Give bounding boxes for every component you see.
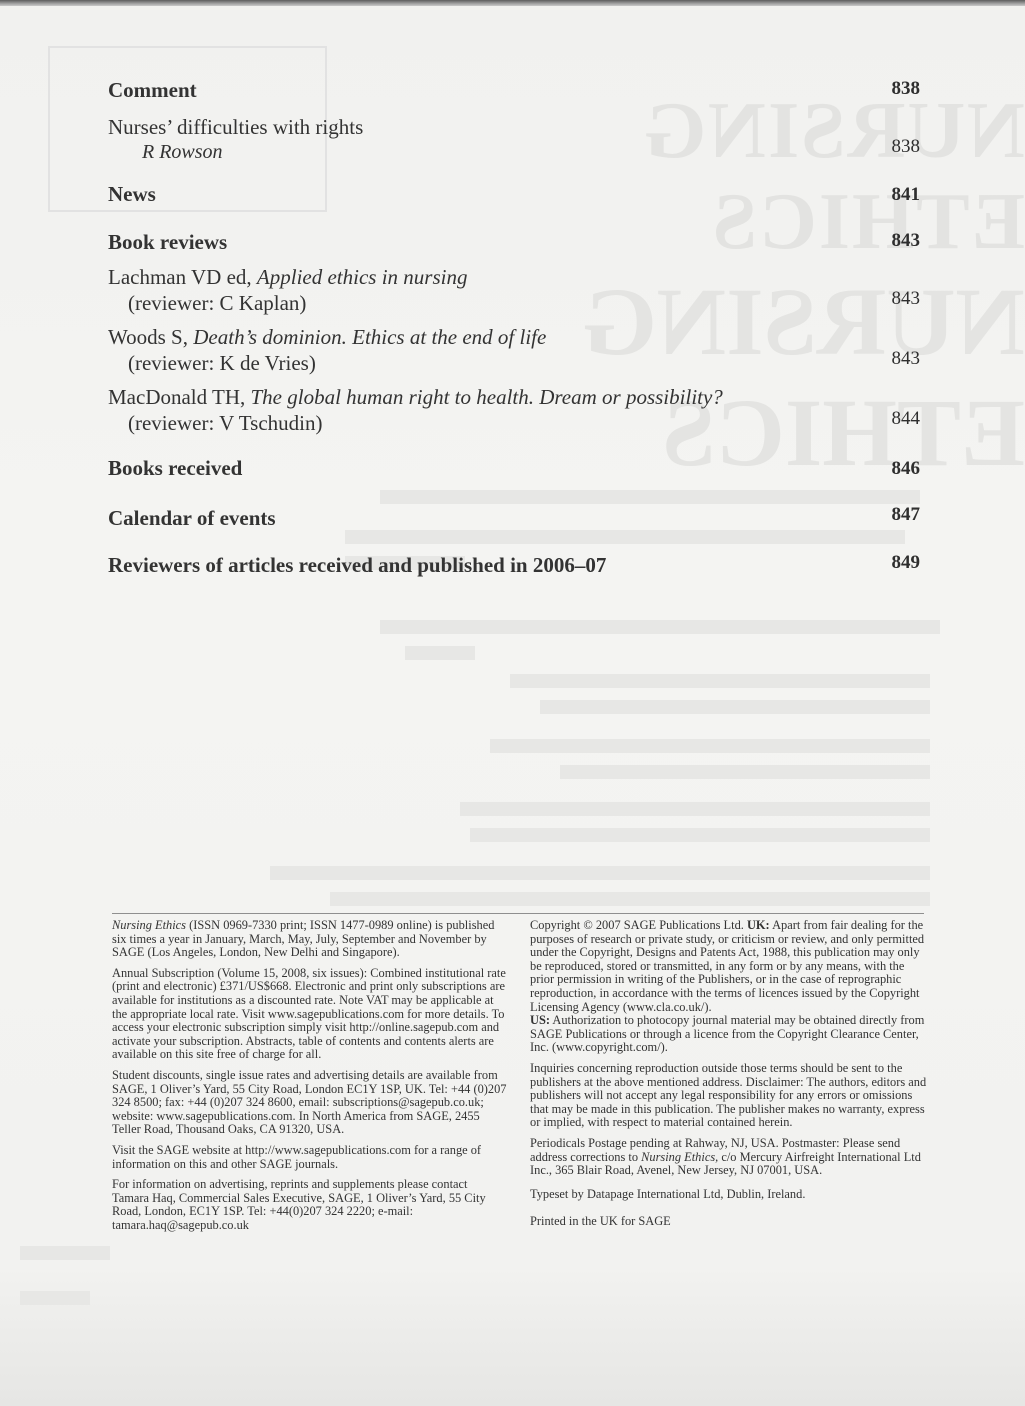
info-paragraph: Typeset by Datapage International Ltd, D… <box>530 1188 930 1202</box>
entry-title: Nurses’ difficulties with rights <box>108 114 920 140</box>
info-paragraph: Periodicals Postage pending at Rahway, N… <box>530 1137 930 1178</box>
info-paragraph: Annual Subscription (Volume 15, 2008, si… <box>112 967 507 1062</box>
entry-title: Applied ethics in nursing <box>257 265 468 289</box>
toc-section-calendar: Calendar of events 847 <box>108 506 920 531</box>
section-heading: News <box>108 182 156 206</box>
info-text: Apart from fair dealing for the purposes… <box>530 918 924 1014</box>
toc-entry: Nurses’ difficulties with rights R Rowso… <box>108 114 920 164</box>
page-number: 847 <box>892 504 921 526</box>
page-number: 841 <box>892 184 921 206</box>
entry-author: MacDonald TH, <box>108 385 251 409</box>
section-heading: Books received <box>108 456 242 480</box>
uk-label: UK: <box>747 918 770 932</box>
toc-section-news: News 841 <box>108 182 920 207</box>
toc-entry: Woods S, Death’s dominion. Ethics at the… <box>108 324 920 376</box>
entry-author: Lachman VD ed, <box>108 265 257 289</box>
journal-page: NURSING ETHICS NURSING ETHICS Comment 83… <box>0 6 1025 1406</box>
entry-reviewer: (reviewer: K de Vries) <box>108 350 920 376</box>
toc-section-comment: Comment 838 <box>108 78 920 103</box>
entry-title: The global human right to health. Dream … <box>251 385 723 409</box>
page-number: 838 <box>892 78 921 100</box>
info-text: Authorization to photocopy journal mater… <box>530 1013 924 1054</box>
toc-section-reviewers: Reviewers of articles received and publi… <box>108 553 920 578</box>
page-number: 843 <box>892 230 921 252</box>
section-heading: Calendar of events <box>108 506 276 530</box>
entry-title: Death’s dominion. Ethics at the end of l… <box>193 325 546 349</box>
section-heading: Book reviews <box>108 230 227 254</box>
toc-entry: MacDonald TH, The global human right to … <box>108 384 920 436</box>
page-number: 843 <box>892 348 921 370</box>
toc-entry: Lachman VD ed, Applied ethics in nursing… <box>108 264 920 316</box>
journal-name: Nursing Ethics <box>112 918 186 932</box>
page-number: 843 <box>892 288 921 310</box>
entry-reviewer: (reviewer: C Kaplan) <box>108 290 920 316</box>
publication-info-left: Nursing Ethics (ISSN 0969-7330 print; IS… <box>112 919 507 1239</box>
info-paragraph: Visit the SAGE website at http://www.sag… <box>112 1144 507 1171</box>
entry-author: Woods S, <box>108 325 193 349</box>
info-paragraph: Inquiries concerning reproduction outsid… <box>530 1062 930 1130</box>
copyright-paragraph: Copyright © 2007 SAGE Publications Ltd. … <box>530 919 930 1055</box>
info-paragraph: Printed in the UK for SAGE <box>530 1215 930 1229</box>
section-heading: Comment <box>108 78 197 102</box>
info-paragraph: For information on advertising, reprints… <box>112 1178 507 1232</box>
entry-reviewer: (reviewer: V Tschudin) <box>108 410 920 436</box>
page-number: 838 <box>892 136 921 158</box>
info-paragraph: Student discounts, single issue rates an… <box>112 1069 507 1137</box>
us-label: US: <box>530 1013 550 1027</box>
divider-rule <box>112 913 924 914</box>
section-heading: Reviewers of articles received and publi… <box>108 553 606 577</box>
journal-name: Nursing Ethics, <box>641 1150 718 1164</box>
info-text: Copyright © 2007 SAGE Publications Ltd. <box>530 918 747 932</box>
info-paragraph: Nursing Ethics (ISSN 0969-7330 print; IS… <box>112 919 507 960</box>
page-number: 846 <box>892 458 921 480</box>
entry-author: R Rowson <box>108 140 920 164</box>
page-number: 849 <box>892 552 921 574</box>
page-number: 844 <box>892 408 921 430</box>
publication-info-right: Copyright © 2007 SAGE Publications Ltd. … <box>530 919 930 1236</box>
toc-section-book-reviews: Book reviews 843 <box>108 230 920 255</box>
toc-section-books-received: Books received 846 <box>108 456 920 481</box>
